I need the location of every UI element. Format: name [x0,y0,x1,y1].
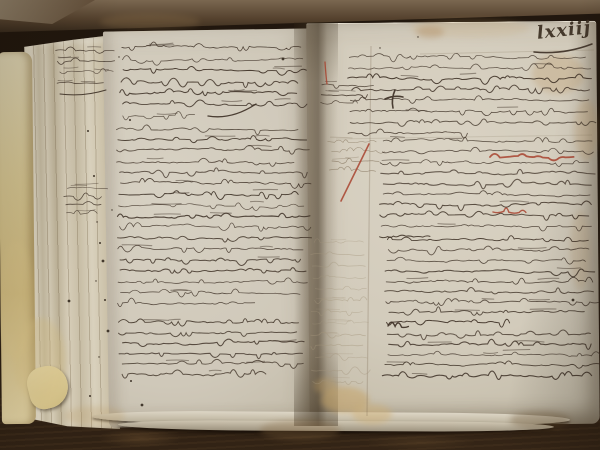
ink-speck [102,260,105,263]
left-paragraph-1 [120,42,307,120]
paper-stain [100,14,200,30]
margin-note-1-flourish [60,90,106,95]
red-strikethrough-words [490,154,574,161]
ink-speck [93,175,95,177]
ink-speck [96,221,97,222]
red-gutter-curve [325,62,327,84]
left-margin-note-1 [56,47,115,84]
paper-stain [65,406,125,426]
right-paragraph-2 [380,137,595,238]
ink-speck [141,404,144,407]
paper-stain [352,404,392,424]
ink-speck [87,130,89,132]
manuscript-photo: lxxiij [0,0,600,450]
left-margin-note-2 [64,183,108,214]
ink-speck [129,119,131,121]
red-inline-word [493,208,526,213]
paragraph-1-end-flourish [208,104,256,117]
ink-speck [98,356,99,357]
right-paragraph-4 [387,330,600,356]
paper-stain [532,54,584,94]
red-margin-diagonal [341,144,369,201]
ink-speck [572,299,575,302]
paper-stain [574,100,598,160]
ink-speck [130,380,132,382]
ink-speck [99,242,101,244]
ink-speck [107,330,110,333]
right-margin-note-1 [321,81,374,104]
ink-speck [379,47,380,48]
ink-speck [68,300,71,303]
paper-stain [510,411,570,429]
paper-stain [416,26,444,38]
ink-speck [282,58,285,61]
left-paragraph-2 [117,125,312,307]
right-margin-note-2 [328,137,385,171]
handwriting-ink-layer [0,0,600,450]
right-paragraph-3 [385,236,598,328]
paper-stain [314,378,338,394]
ink-speck [417,36,418,37]
ink-speck [118,56,119,57]
ink-speck [89,395,91,397]
gutter-show-through [311,239,370,385]
paper-stain [260,420,340,440]
ink-speck [111,209,112,210]
right-paragraph-5 [382,361,600,380]
right-page-vertical-crease [367,46,371,416]
ink-speck [104,299,106,301]
left-paragraph-3 [119,319,305,378]
ink-speck [95,280,96,281]
